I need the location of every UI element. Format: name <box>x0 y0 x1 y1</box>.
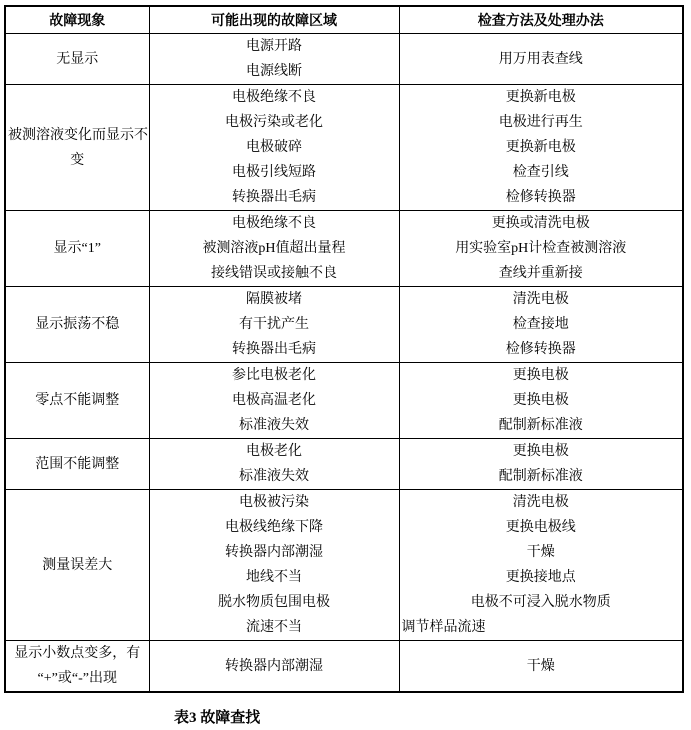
cell-line: 检查接地 <box>402 312 681 337</box>
cell-line: 有干扰产生 <box>152 312 397 337</box>
cell-line: 电极高温老化 <box>152 388 397 413</box>
areas-cell: 电极老化标准液失效 <box>149 439 399 490</box>
column-header-method: 检查方法及处理办法 <box>399 6 683 34</box>
table-row: 被测溶液变化而显示不变电极绝缘不良电极污染或老化电极破碎电极引线短路转换器出毛病… <box>5 85 683 211</box>
table-caption: 表3 故障查找 <box>174 709 260 727</box>
cell-line: 更换接地点 <box>402 565 681 590</box>
cell-line: 脱水物质包围电极 <box>152 590 397 615</box>
cell-line: 转换器出毛病 <box>152 337 397 362</box>
cell-line: 清洗电极 <box>402 490 681 515</box>
column-header-phenomenon: 故障现象 <box>5 6 149 34</box>
cell-line: 地线不当 <box>152 565 397 590</box>
areas-cell: 隔膜被堵有干扰产生转换器出毛病 <box>149 287 399 363</box>
cell-line: 调节样品流速 <box>402 615 681 640</box>
cell-line: 电极污染或老化 <box>152 110 397 135</box>
cell-line: 电极老化 <box>152 439 397 464</box>
cell-line: 电极引线短路 <box>152 160 397 185</box>
phenomenon-cell: 被测溶液变化而显示不变 <box>5 85 149 211</box>
cell-line: 查线并重新接 <box>402 261 681 286</box>
cell-line: 干燥 <box>402 540 681 565</box>
cell-line: 清洗电极 <box>402 287 681 312</box>
areas-cell: 电极绝缘不良电极污染或老化电极破碎电极引线短路转换器出毛病 <box>149 85 399 211</box>
cell-line: 用实验室pH计检查被测溶液 <box>402 236 681 261</box>
cell-line: 电源线断 <box>152 59 397 84</box>
column-header-area: 可能出现的故障区域 <box>149 6 399 34</box>
cell-line: 更换新电极 <box>402 135 681 160</box>
cell-line: 用万用表查线 <box>402 47 681 72</box>
cell-line: 检查引线 <box>402 160 681 185</box>
cell-line: 更换或清洗电极 <box>402 211 681 236</box>
cell-line: 显示小数点变多，有 <box>8 641 147 666</box>
cell-line: 参比电极老化 <box>152 363 397 388</box>
areas-cell: 电极被污染电极线绝缘下降转换器内部潮湿地线不当脱水物质包围电极流速不当 <box>149 490 399 641</box>
cell-line: 被测溶液pH值超出量程 <box>152 236 397 261</box>
cell-line: 变 <box>8 148 147 173</box>
phenomenon-cell: 零点不能调整 <box>5 363 149 439</box>
cell-line: 配制新标准液 <box>402 413 681 438</box>
methods-cell: 清洗电极检查接地检修转换器 <box>399 287 683 363</box>
cell-line: 更换电极 <box>402 363 681 388</box>
cell-line: 隔膜被堵 <box>152 287 397 312</box>
cell-line: 配制新标准液 <box>402 464 681 489</box>
troubleshooting-table: 故障现象 可能出现的故障区域 检查方法及处理办法 无显示电源开路电源线断用万用表… <box>4 5 684 693</box>
methods-cell: 清洗电极更换电极线干燥更换接地点电极不可浸入脱水物质调节样品流速 <box>399 490 683 641</box>
cell-line: 标准液失效 <box>152 464 397 489</box>
cell-line: 检修转换器 <box>402 185 681 210</box>
cell-line: 更换电极线 <box>402 515 681 540</box>
areas-cell: 电源开路电源线断 <box>149 34 399 85</box>
cell-line: 零点不能调整 <box>8 388 147 413</box>
phenomenon-cell: 显示“1” <box>5 211 149 287</box>
cell-line: 转换器内部潮湿 <box>152 540 397 565</box>
areas-cell: 参比电极老化电极高温老化标准液失效 <box>149 363 399 439</box>
table-row: 范围不能调整电极老化标准液失效更换电极配制新标准液 <box>5 439 683 490</box>
table-row: 无显示电源开路电源线断用万用表查线 <box>5 34 683 85</box>
cell-line: 无显示 <box>8 47 147 72</box>
cell-line: 电极线绝缘下降 <box>152 515 397 540</box>
cell-line: 显示“1” <box>8 236 147 261</box>
cell-line: 电极绝缘不良 <box>152 211 397 236</box>
cell-line: 电极进行再生 <box>402 110 681 135</box>
cell-line: 更换电极 <box>402 388 681 413</box>
table-row: 零点不能调整参比电极老化电极高温老化标准液失效更换电极更换电极配制新标准液 <box>5 363 683 439</box>
cell-line: 范围不能调整 <box>8 452 147 477</box>
phenomenon-cell: 显示振荡不稳 <box>5 287 149 363</box>
cell-line: 更换电极 <box>402 439 681 464</box>
table-header-row: 故障现象 可能出现的故障区域 检查方法及处理办法 <box>5 6 683 34</box>
cell-line: “+”或“-”出现 <box>8 666 147 691</box>
cell-line: 转换器出毛病 <box>152 185 397 210</box>
table-body: 无显示电源开路电源线断用万用表查线被测溶液变化而显示不变电极绝缘不良电极污染或老… <box>5 34 683 693</box>
cell-line: 更换新电极 <box>402 85 681 110</box>
cell-line: 电极不可浸入脱水物质 <box>402 590 681 615</box>
cell-line: 转换器内部潮湿 <box>152 654 397 679</box>
cell-line: 检修转换器 <box>402 337 681 362</box>
cell-line: 被测溶液变化而显示不 <box>8 123 147 148</box>
cell-line: 电极绝缘不良 <box>152 85 397 110</box>
cell-line: 测量误差大 <box>8 553 147 578</box>
cell-line: 接线错误或接触不良 <box>152 261 397 286</box>
methods-cell: 更换电极更换电极配制新标准液 <box>399 363 683 439</box>
phenomenon-cell: 显示小数点变多，有“+”或“-”出现 <box>5 641 149 693</box>
phenomenon-cell: 无显示 <box>5 34 149 85</box>
table-row: 显示“1”电极绝缘不良被测溶液pH值超出量程接线错误或接触不良更换或清洗电极用实… <box>5 211 683 287</box>
phenomenon-cell: 范围不能调整 <box>5 439 149 490</box>
methods-cell: 干燥 <box>399 641 683 693</box>
cell-line: 电极破碎 <box>152 135 397 160</box>
table-row: 显示振荡不稳隔膜被堵有干扰产生转换器出毛病清洗电极检查接地检修转换器 <box>5 287 683 363</box>
cell-line: 流速不当 <box>152 615 397 640</box>
table-row: 测量误差大电极被污染电极线绝缘下降转换器内部潮湿地线不当脱水物质包围电极流速不当… <box>5 490 683 641</box>
methods-cell: 更换新电极电极进行再生更换新电极检查引线检修转换器 <box>399 85 683 211</box>
cell-line: 显示振荡不稳 <box>8 312 147 337</box>
cell-line: 干燥 <box>402 654 681 679</box>
phenomenon-cell: 测量误差大 <box>5 490 149 641</box>
areas-cell: 电极绝缘不良被测溶液pH值超出量程接线错误或接触不良 <box>149 211 399 287</box>
methods-cell: 更换或清洗电极用实验室pH计检查被测溶液查线并重新接 <box>399 211 683 287</box>
table-row: 显示小数点变多，有“+”或“-”出现转换器内部潮湿干燥 <box>5 641 683 693</box>
areas-cell: 转换器内部潮湿 <box>149 641 399 693</box>
cell-line: 电源开路 <box>152 34 397 59</box>
cell-line: 标准液失效 <box>152 413 397 438</box>
fault-table-container: 故障现象 可能出现的故障区域 检查方法及处理办法 无显示电源开路电源线断用万用表… <box>4 5 684 693</box>
cell-line: 电极被污染 <box>152 490 397 515</box>
methods-cell: 更换电极配制新标准液 <box>399 439 683 490</box>
methods-cell: 用万用表查线 <box>399 34 683 85</box>
